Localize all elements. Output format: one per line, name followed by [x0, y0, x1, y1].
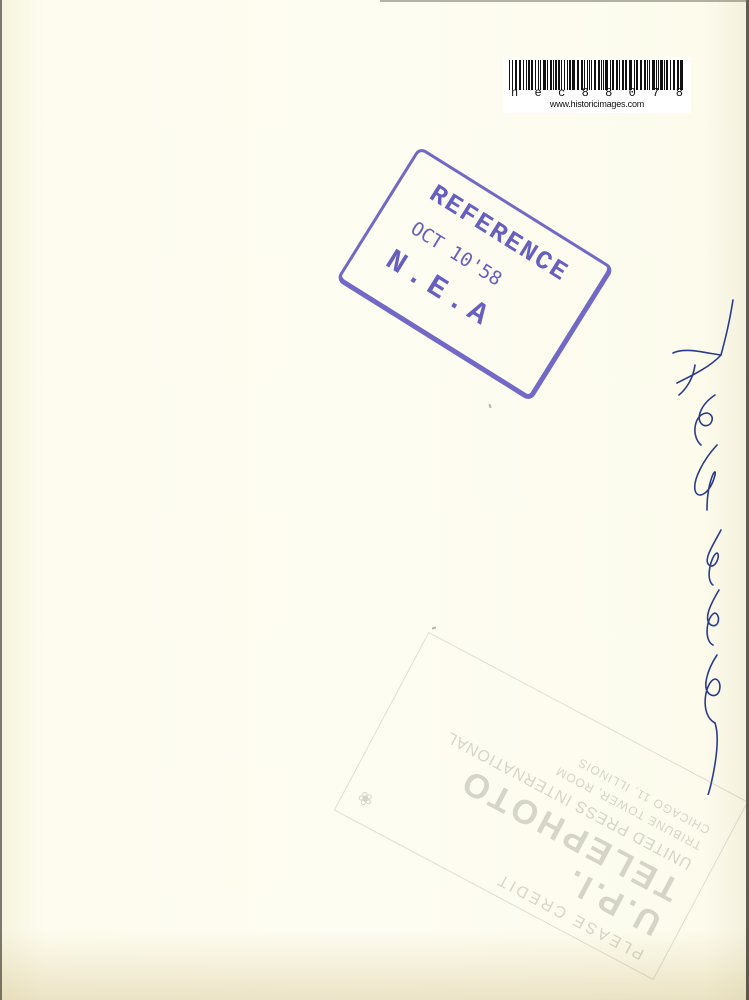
barcode-char: 8 [582, 87, 589, 99]
barcode-char: 8 [676, 87, 683, 99]
barcode-label: nec88078 www.historicimages.com [503, 57, 691, 113]
barcode-char: n [511, 87, 518, 99]
barcode-char: 0 [629, 87, 636, 99]
barcode-char: c [558, 87, 565, 99]
barcode-code: nec88078 [511, 87, 683, 99]
barcode-char: 7 [652, 87, 659, 99]
handwritten-signature: Alex Morton [655, 295, 745, 795]
barcode-char: e [535, 87, 542, 99]
paper-left-edge [0, 0, 2, 1000]
barcode-url: www.historicimages.com [503, 99, 691, 109]
paper-top-edge [380, 0, 749, 2]
barcode-char: 8 [605, 87, 612, 99]
